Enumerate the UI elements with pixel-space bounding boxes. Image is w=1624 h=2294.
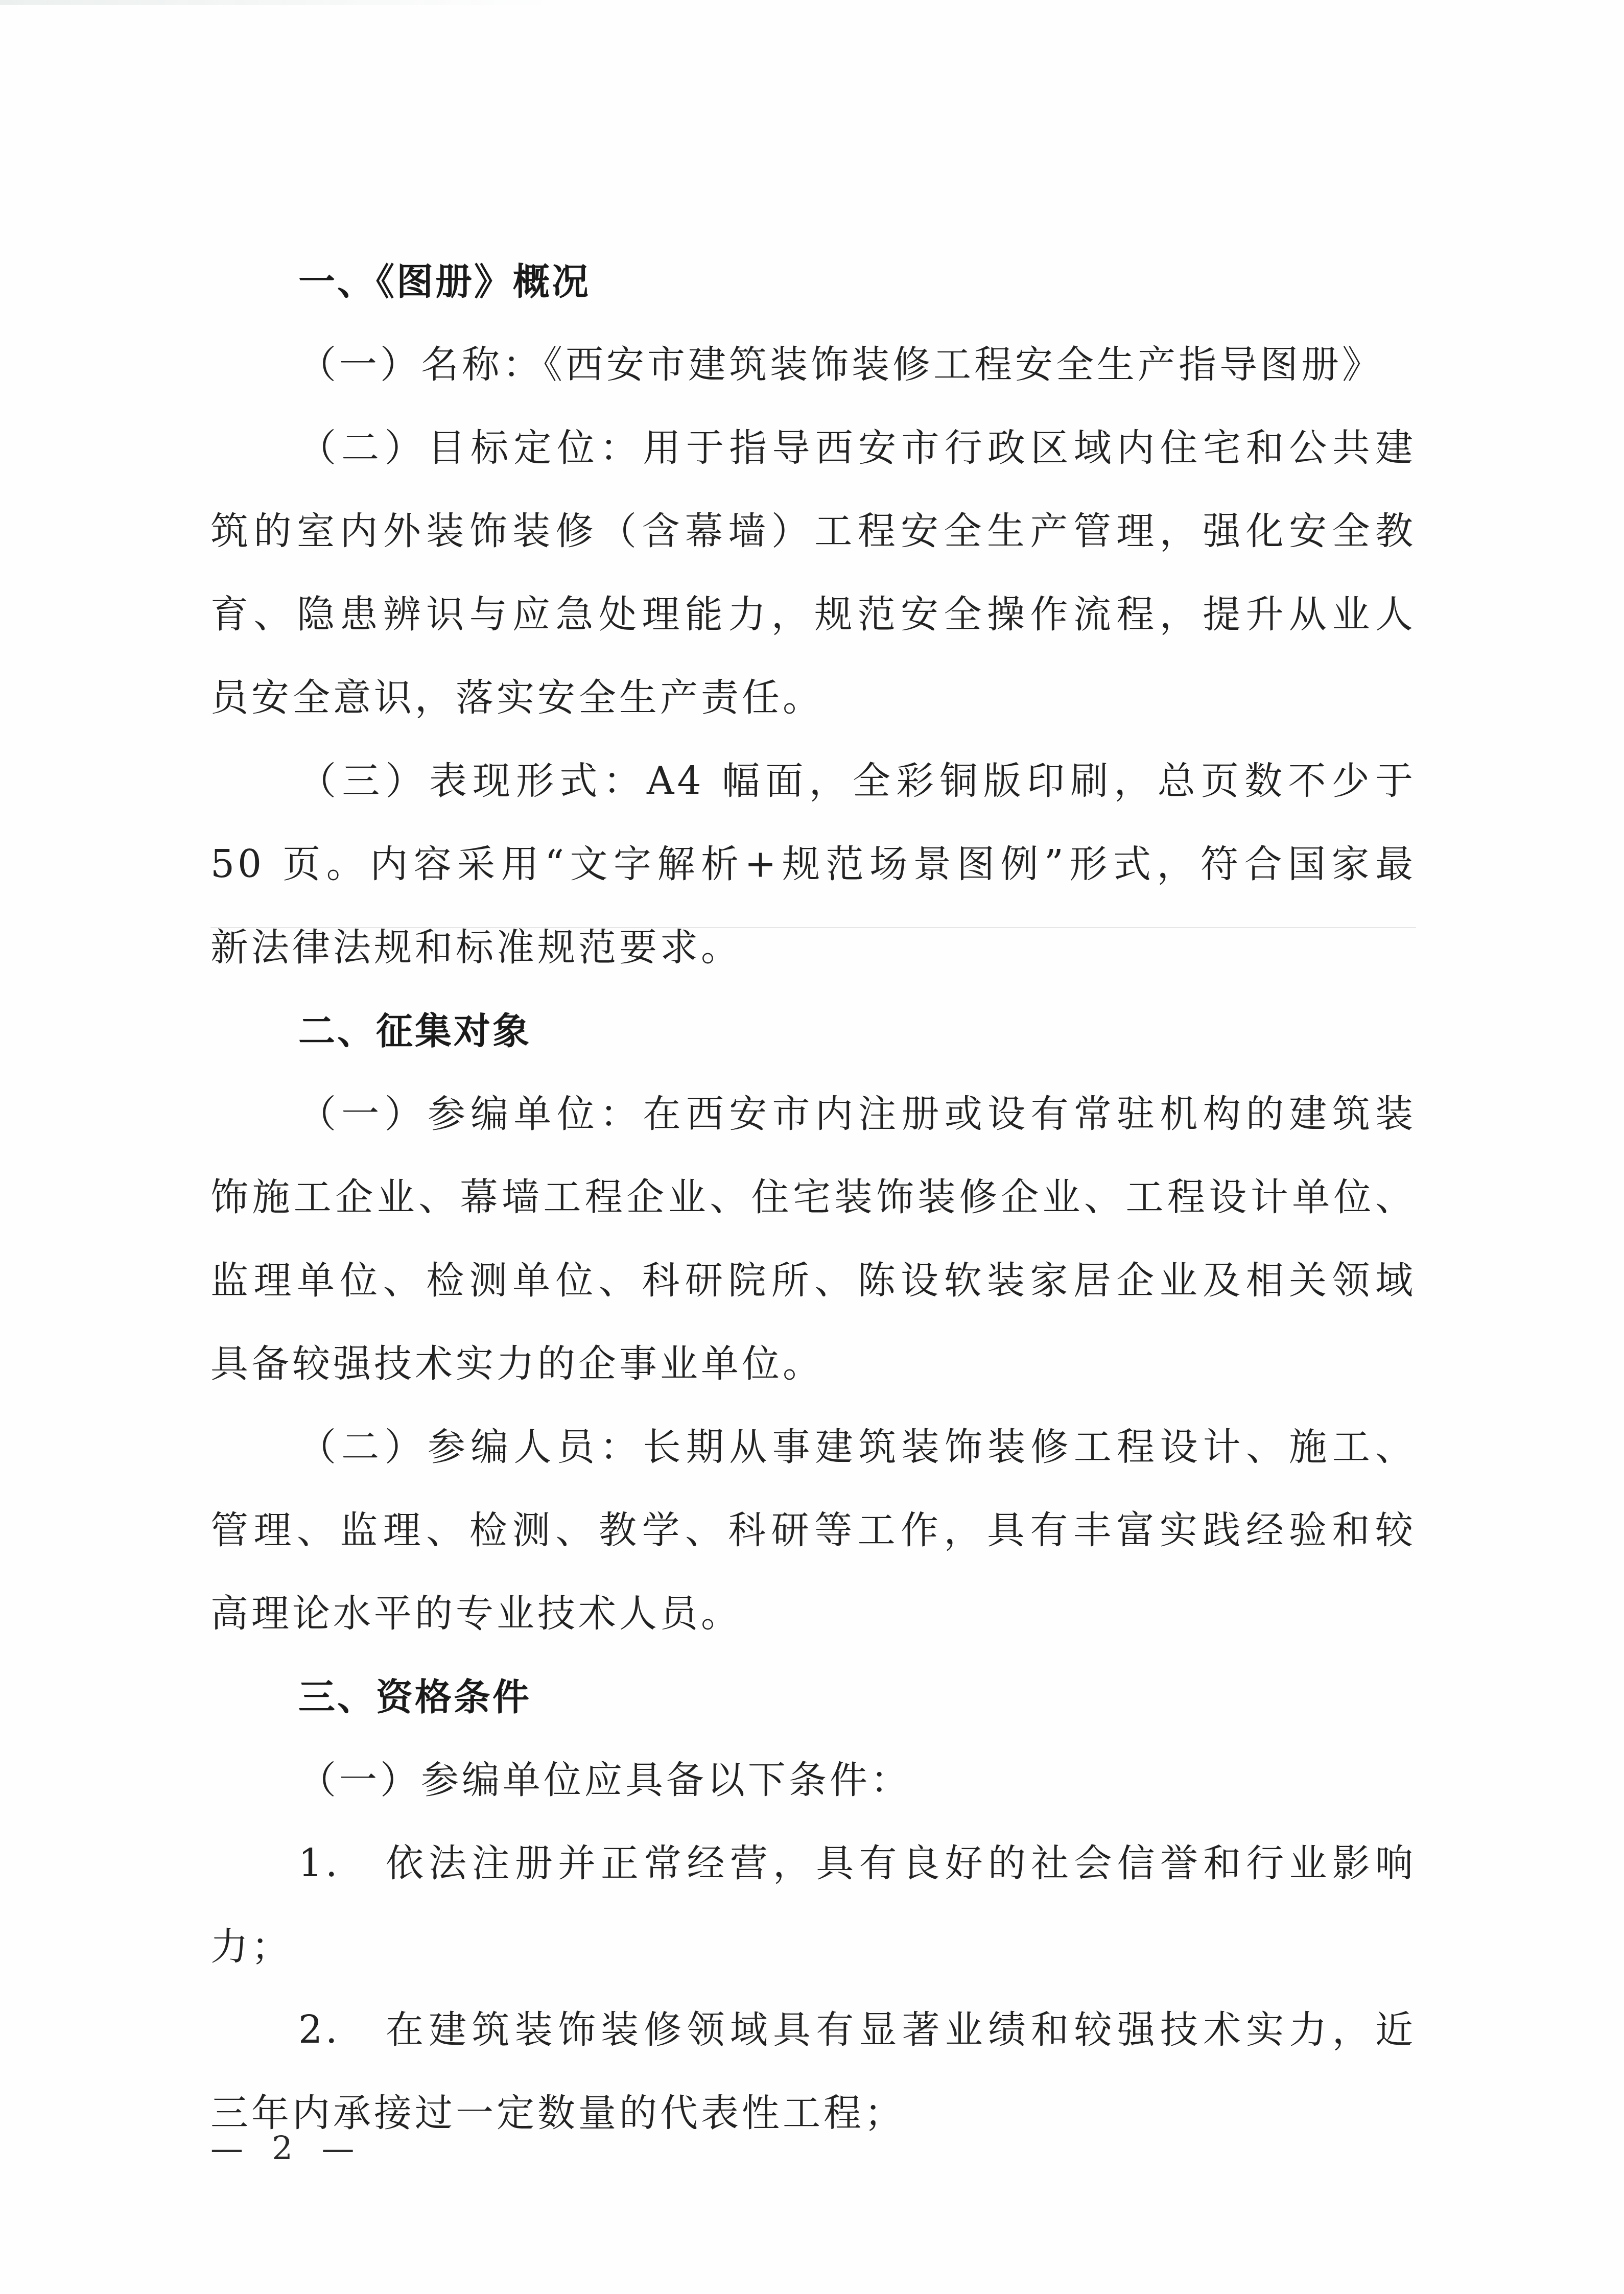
faint-divider <box>210 927 1416 928</box>
paragraph-format-line: 新法律法规和标准规范要求。 <box>210 906 1416 989</box>
paragraph-personnel-line: 管理、监理、检测、教学、科研等工作，具有丰富实践经验和较 <box>210 1489 1416 1572</box>
document-page: 一、《图册》概况 （一）名称：《西安市建筑装饰装修工程安全生产指导图册》 （二）… <box>0 0 1624 2294</box>
paragraph-units-line: 监理单位、检测单位、科研院所、陈设软装家居企业及相关领域 <box>210 1239 1416 1322</box>
paragraph-units-line: （一）参编单位：在西安市内注册或设有常驻机构的建筑装 <box>210 1073 1416 1156</box>
list-item-2-line: 2. 在建筑装饰装修领域具有显著业绩和较强技术实力，近 <box>210 1989 1416 2072</box>
paragraph-format-line: 50 页。内容采用“文字解析+规范场景图例”形式，符合国家最 <box>210 823 1416 906</box>
section-heading-qualifications: 三、资格条件 <box>210 1656 1416 1739</box>
paragraph-unit-conditions: （一）参编单位应具备以下条件： <box>210 1739 1416 1822</box>
paragraph-positioning-line: （二）目标定位：用于指导西安市行政区域内住宅和公共建 <box>210 407 1416 490</box>
section-heading-overview: 一、《图册》概况 <box>210 240 1416 323</box>
paragraph-units-line: 饰施工企业、幕墙工程企业、住宅装饰装修企业、工程设计单位、 <box>210 1156 1416 1239</box>
paragraph-personnel-line: 高理论水平的专业技术人员。 <box>210 1572 1416 1656</box>
section-heading-targets: 二、征集对象 <box>210 989 1416 1073</box>
paragraph-name: （一）名称：《西安市建筑装饰装修工程安全生产指导图册》 <box>210 323 1416 407</box>
paragraph-positioning-line: 筑的室内外装饰装修（含幕墙）工程安全生产管理，强化安全教 <box>210 490 1416 573</box>
paragraph-positioning-line: 育、隐患辨识与应急处理能力，规范安全操作流程，提升从业人 <box>210 573 1416 656</box>
paragraph-positioning-line: 员安全意识，落实安全生产责任。 <box>210 656 1416 740</box>
list-item-2-line: 三年内承接过一定数量的代表性工程； <box>210 2072 1416 2155</box>
paragraph-units-line: 具备较强技术实力的企事业单位。 <box>210 1322 1416 1406</box>
scan-edge <box>0 0 562 5</box>
page-number: — 2 — <box>210 2130 363 2168</box>
list-item-1-line: 力； <box>210 1905 1416 1989</box>
list-item-1-line: 1. 依法注册并正常经营，具有良好的社会信誉和行业影响 <box>210 1822 1416 1905</box>
paragraph-personnel-line: （二）参编人员：长期从事建筑装饰装修工程设计、施工、 <box>210 1406 1416 1489</box>
document-body: 一、《图册》概况 （一）名称：《西安市建筑装饰装修工程安全生产指导图册》 （二）… <box>210 240 1416 2155</box>
paragraph-format-line: （三）表现形式：A4 幅面，全彩铜版印刷，总页数不少于 <box>210 740 1416 823</box>
